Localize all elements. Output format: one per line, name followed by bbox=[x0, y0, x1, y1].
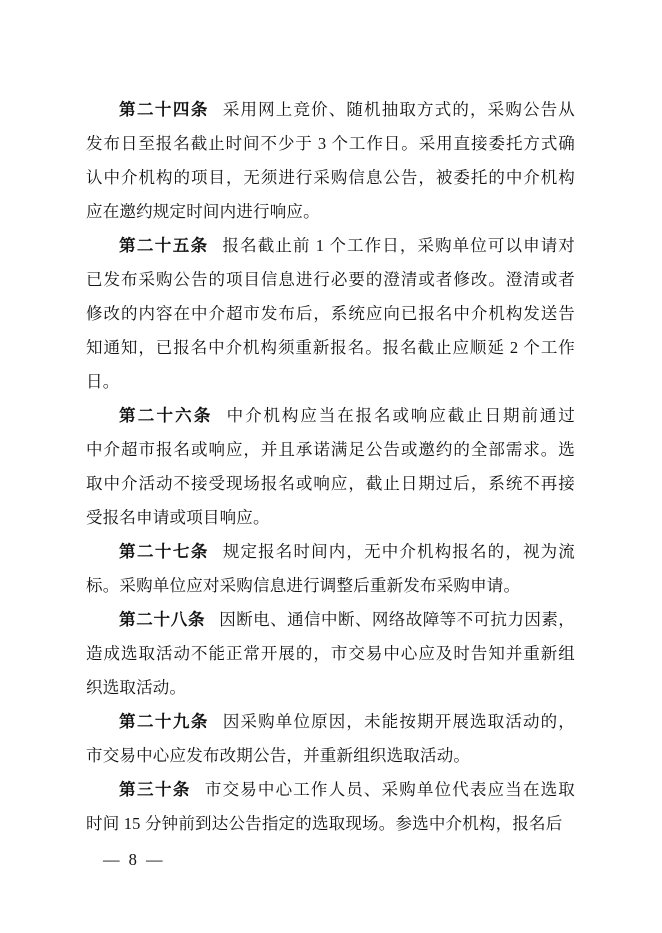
text-line: 第二十四条采用网上竞价、随机抽取方式的，采购公告从 bbox=[86, 93, 575, 127]
text-line: 中介超市报名或响应，并且承诺满足公告或邀约的全部需求。选 bbox=[86, 433, 575, 467]
text-line: 修改的内容在中介超市发布后，系统应向已报名中介机构发送告 bbox=[86, 297, 575, 331]
text-line: 市交易中心应发布改期公告，并重新组织选取活动。 bbox=[86, 739, 575, 773]
paragraph-article-29: 第二十九条因采购单位原因，未能按期开展选取活动的， 市交易中心应发布改期公告，并… bbox=[86, 705, 575, 773]
text-line-content: 因采购单位原因，未能按期开展选取活动的， bbox=[223, 712, 575, 731]
article-number: 第二十四条 bbox=[119, 100, 209, 119]
text-line: 第三十条市交易中心工作人员、采购单位代表应当在选取 bbox=[86, 773, 575, 807]
text-line: 知通知，已报名中介机构须重新报名。报名截止应顺延 2 个工作 bbox=[86, 331, 575, 365]
text-line: 认中介机构的项目，无须进行采购信息公告，被委托的中介机构 bbox=[86, 161, 575, 195]
article-number: 第二十五条 bbox=[119, 236, 209, 255]
text-line: 受报名申请或项目响应。 bbox=[86, 501, 575, 535]
article-number: 第二十九条 bbox=[119, 712, 209, 731]
article-number: 第三十条 bbox=[119, 780, 191, 799]
text-line-content: 因断电、通信中断、网络故障等不可抗力因素， bbox=[219, 610, 575, 629]
text-line: 时间 15 分钟前到达公告指定的选取现场。参选中介机构，报名后 bbox=[86, 807, 575, 841]
text-line: 标。采购单位应对采购信息进行调整后重新发布采购申请。 bbox=[86, 569, 575, 603]
paragraph-article-26: 第二十六条中介机构应当在报名或响应截止日期前通过 中介超市报名或响应，并且承诺满… bbox=[86, 399, 575, 535]
paragraph-article-27: 第二十七条规定报名时间内，无中介机构报名的，视为流 标。采购单位应对采购信息进行… bbox=[86, 535, 575, 603]
article-number: 第二十六条 bbox=[119, 406, 213, 425]
text-line-content: 市交易中心工作人员、采购单位代表应当在选取 bbox=[205, 780, 575, 799]
article-number: 第二十七条 bbox=[119, 542, 209, 561]
text-line: 第二十九条因采购单位原因，未能按期开展选取活动的， bbox=[86, 705, 575, 739]
document-page: 第二十四条采用网上竞价、随机抽取方式的，采购公告从 发布日至报名截止时间不少于 … bbox=[0, 0, 662, 933]
paragraph-article-28: 第二十八条因断电、通信中断、网络故障等不可抗力因素， 造成选取活动不能正常开展的… bbox=[86, 603, 575, 705]
paragraph-article-25: 第二十五条报名截止前 1 个工作日，采购单位可以申请对 已发布采购公告的项目信息… bbox=[86, 229, 575, 399]
text-line-content: 报名截止前 1 个工作日，采购单位可以申请对 bbox=[223, 236, 575, 255]
text-line-content: 采用网上竞价、随机抽取方式的，采购公告从 bbox=[223, 100, 575, 119]
text-line-content: 规定报名时间内，无中介机构报名的，视为流 bbox=[223, 542, 575, 561]
document-body: 第二十四条采用网上竞价、随机抽取方式的，采购公告从 发布日至报名截止时间不少于 … bbox=[86, 93, 575, 841]
text-line: 第二十六条中介机构应当在报名或响应截止日期前通过 bbox=[86, 399, 575, 433]
text-line: 第二十七条规定报名时间内，无中介机构报名的，视为流 bbox=[86, 535, 575, 569]
article-number: 第二十八条 bbox=[119, 610, 205, 629]
page-number: — 8 — bbox=[103, 843, 165, 877]
text-line: 已发布采购公告的项目信息进行必要的澄清或者修改。澄清或者 bbox=[86, 263, 575, 297]
paragraph-article-24: 第二十四条采用网上竞价、随机抽取方式的，采购公告从 发布日至报名截止时间不少于 … bbox=[86, 93, 575, 229]
text-line: 第二十五条报名截止前 1 个工作日，采购单位可以申请对 bbox=[86, 229, 575, 263]
text-line: 织选取活动。 bbox=[86, 671, 575, 705]
text-line: 发布日至报名截止时间不少于 3 个工作日。采用直接委托方式确 bbox=[86, 127, 575, 161]
text-line: 第二十八条因断电、通信中断、网络故障等不可抗力因素， bbox=[86, 603, 575, 637]
text-line: 日。 bbox=[86, 365, 575, 399]
text-line: 应在邀约规定时间内进行响应。 bbox=[86, 195, 575, 229]
text-line-content: 中介机构应当在报名或响应截止日期前通过 bbox=[227, 406, 575, 425]
text-line: 造成选取活动不能正常开展的，市交易中心应及时告知并重新组 bbox=[86, 637, 575, 671]
paragraph-article-30: 第三十条市交易中心工作人员、采购单位代表应当在选取 时间 15 分钟前到达公告指… bbox=[86, 773, 575, 841]
text-line: 取中介活动不接受现场报名或响应，截止日期过后，系统不再接 bbox=[86, 467, 575, 501]
